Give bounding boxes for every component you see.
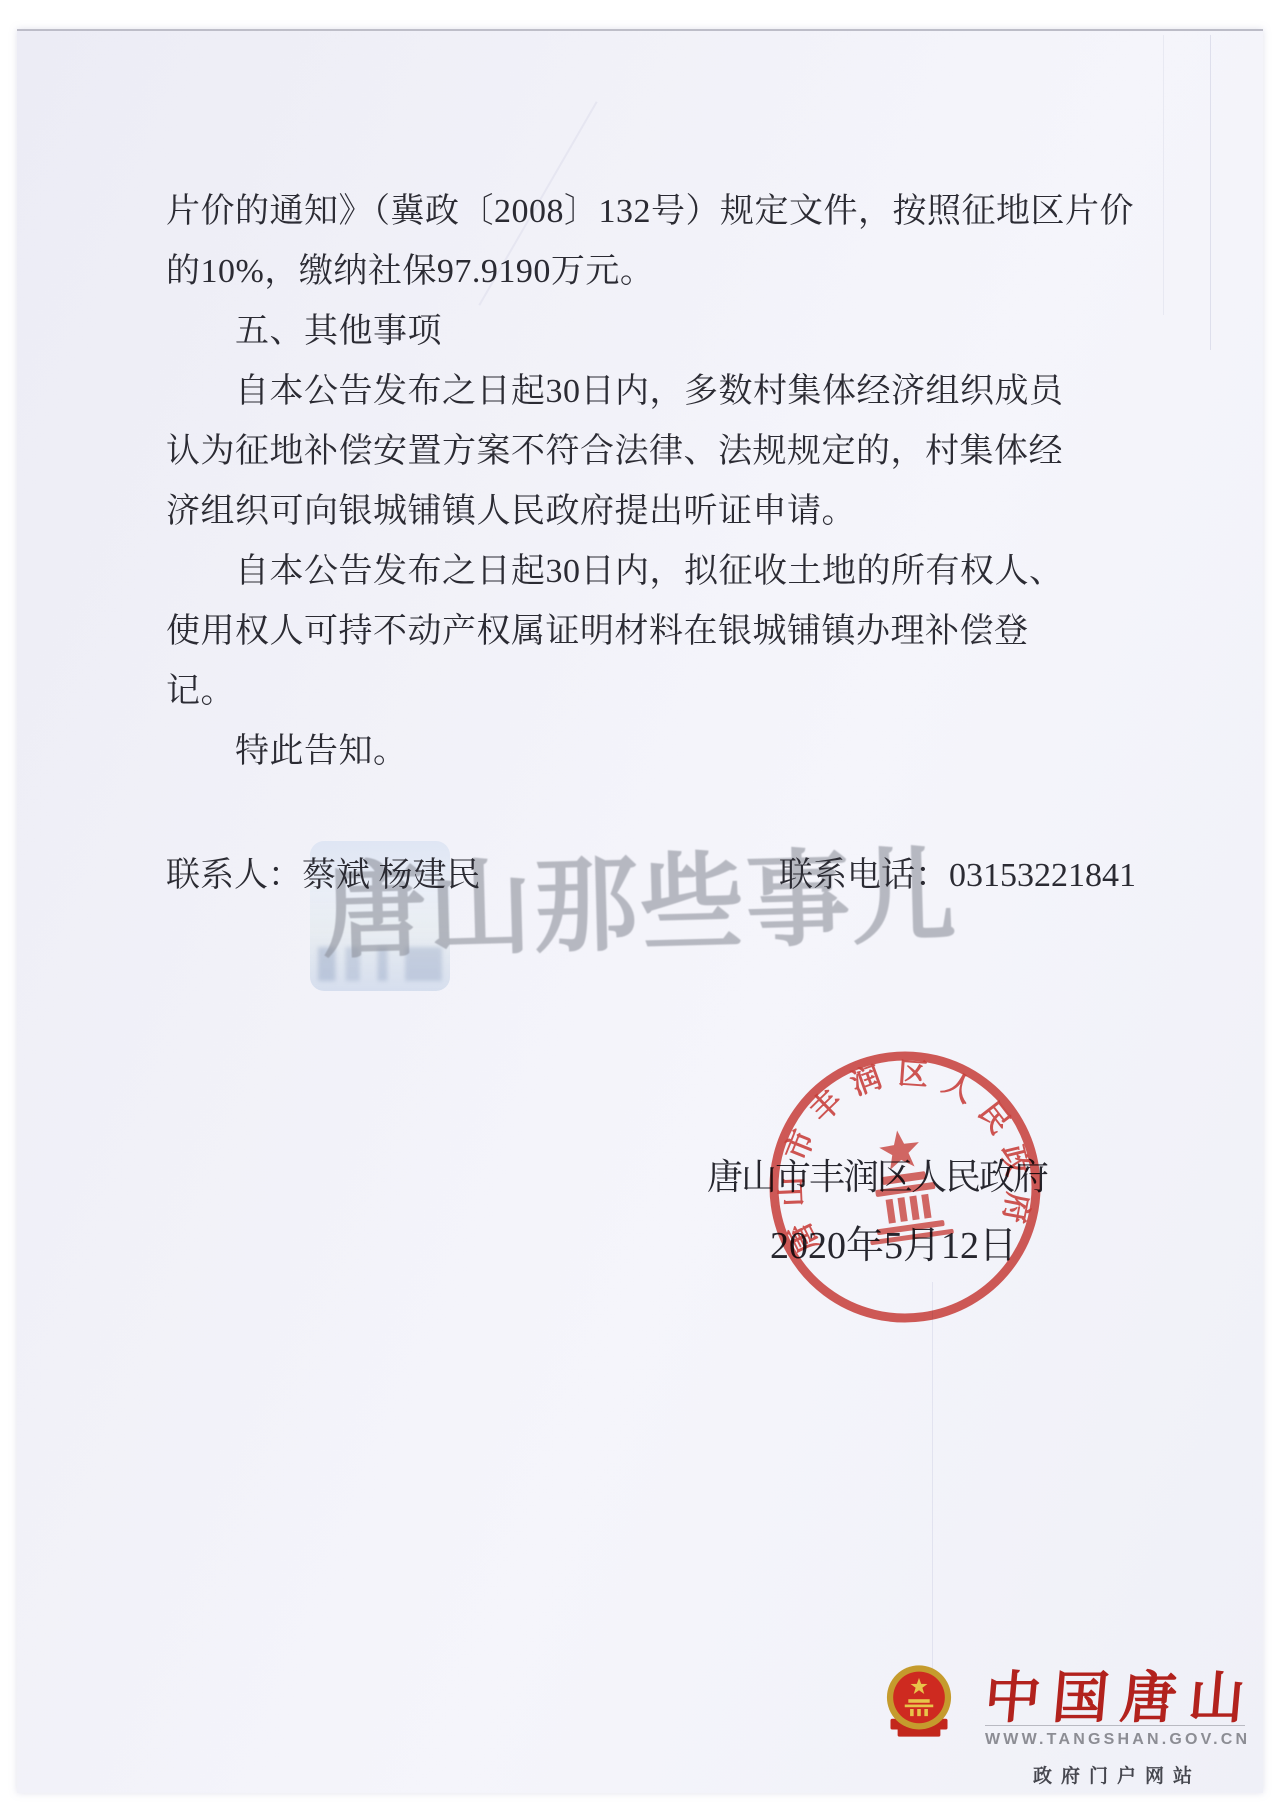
- document-body: 片价的通知》（冀政〔2008〕132号）规定文件，按照征地区片价 的10%，缴纳…: [166, 182, 1216, 782]
- site-tagline: 政府门户网站: [1033, 1761, 1201, 1788]
- body-line: 片价的通知》（冀政〔2008〕132号）规定文件，按照征地区片价: [166, 182, 1216, 242]
- body-line: 认为征地补偿安置方案不符合法律、法规规定的，村集体经: [166, 422, 1216, 482]
- site-url: WWW.TANGSHAN.GOV.CN: [985, 1731, 1250, 1749]
- contact-row: 联系人：蔡斌 杨建民 联系电话：03153221841: [166, 847, 1216, 907]
- official-seal-icon: 唐山市丰润区人民政府: [747, 1029, 1063, 1345]
- body-line: 特此告知。: [166, 722, 1216, 782]
- contact-phone: 联系电话：03153221841: [779, 847, 1136, 896]
- body-line: 济组织可向银城铺镇人民政府提出听证申请。: [166, 482, 1216, 542]
- paper-fold-line: [932, 1282, 933, 1692]
- paper-sheet: 唐山那些事儿 片价的通知》（冀政〔2008〕132号）规定文件，按照征地区片价 …: [17, 29, 1263, 1793]
- contact-person: 联系人：蔡斌 杨建民: [166, 847, 481, 896]
- national-emblem-icon: [873, 1660, 965, 1758]
- body-line: 记。: [166, 662, 1216, 722]
- seal-national-emblem: [855, 1125, 953, 1246]
- body-line: 五、其他事项: [166, 302, 1216, 362]
- site-brand: 中国唐山: [982, 1654, 1261, 1734]
- divider: [985, 1725, 1245, 1726]
- body-line: 使用权人可持不动产权属证明材料在银城铺镇办理补偿登: [166, 602, 1216, 662]
- body-line: 自本公告发布之日起30日内，拟征收土地的所有权人、: [166, 542, 1216, 602]
- scanned-document: 唐山那些事儿 片价的通知》（冀政〔2008〕132号）规定文件，按照征地区片价 …: [0, 0, 1280, 1810]
- site-logo: 中国唐山 WWW.TANGSHAN.GOV.CN 政府门户网站: [873, 1654, 1253, 1794]
- body-line: 自本公告发布之日起30日内，多数村集体经济组织成员: [166, 362, 1216, 422]
- body-line: 的10%，缴纳社保97.9190万元。: [166, 242, 1216, 302]
